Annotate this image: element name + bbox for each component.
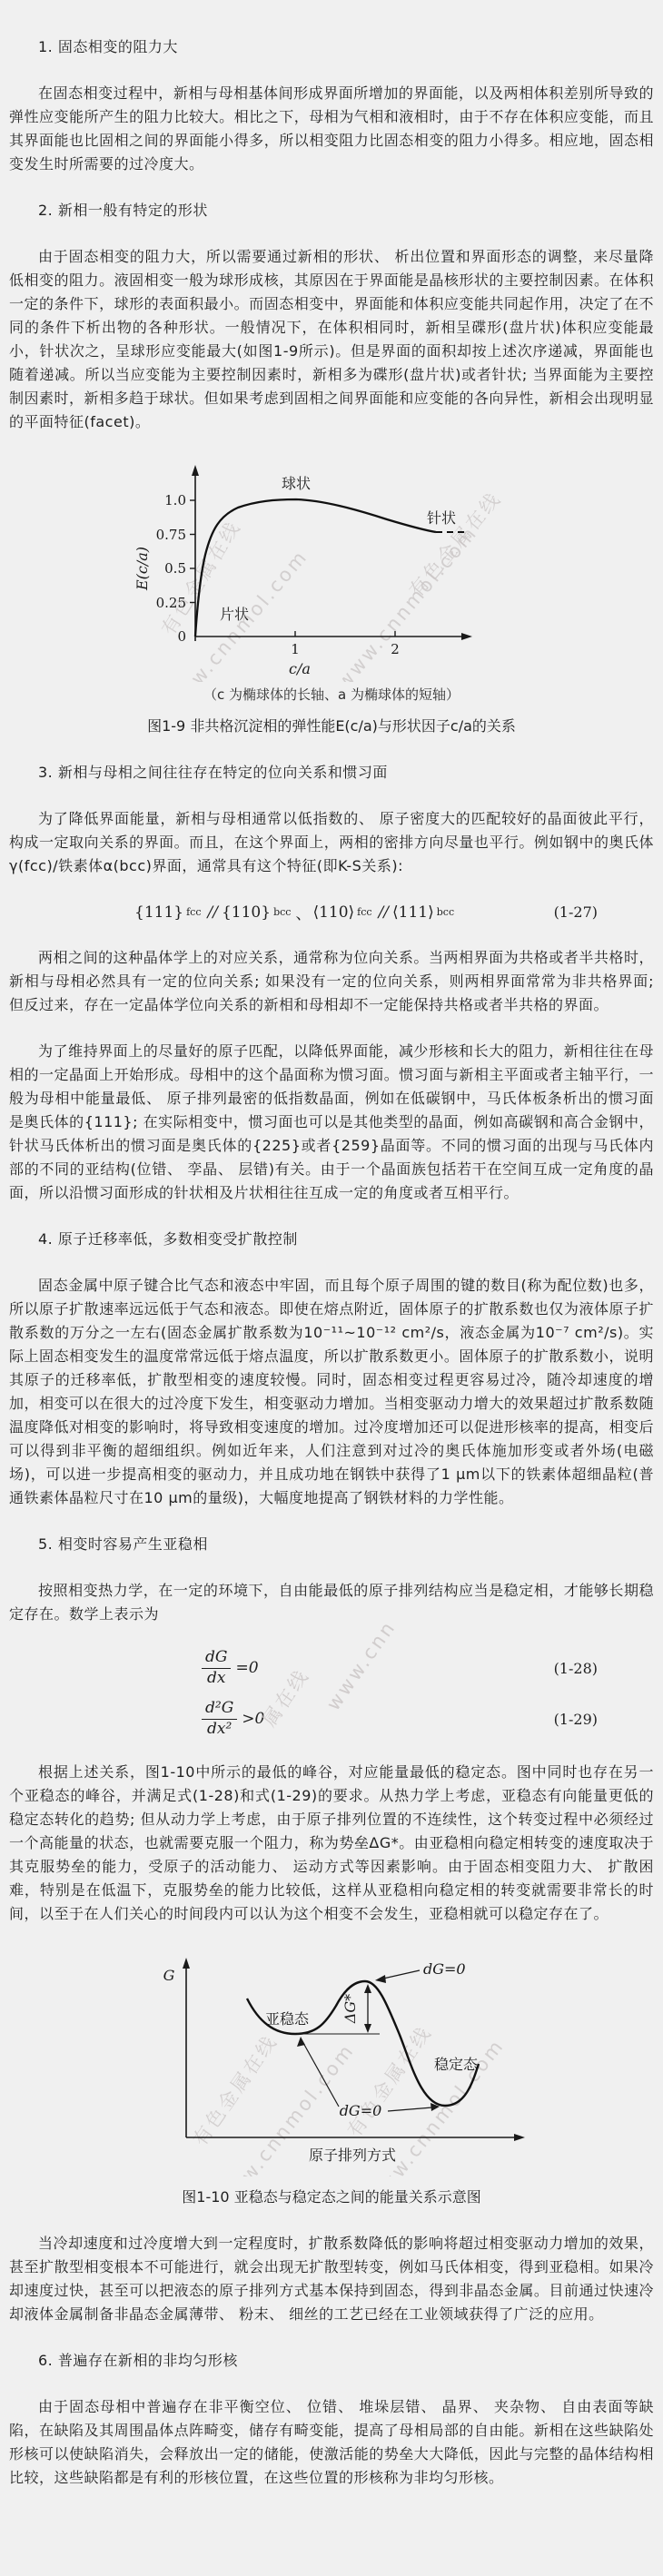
section-heading-6: 6. 普遍存在新相的非均匀形核 <box>9 2349 654 2373</box>
y-axis-label: G <box>163 1967 175 1984</box>
label-plate: 片状 <box>220 606 249 623</box>
y-tick-1.0: 1.0 <box>164 492 186 508</box>
document-page: 1. 固态相变的阻力大 在固态相变过程中，新相与母相基体间形成界面所增加的界面能… <box>0 0 663 2576</box>
paragraph-5: 按照相变热力学，在一定的环境下，自由能最低的原子排列结构应当是稳定相，才能够长期… <box>9 1579 654 1626</box>
y-tick-0.25: 0.25 <box>156 595 186 611</box>
direction-fcc: ⟨110⟩ <box>312 903 354 922</box>
x-axis-arrow <box>461 633 472 640</box>
y-tick-0: 0 <box>177 628 186 645</box>
section-heading-2: 2. 新相一般有特定的形状 <box>9 199 654 222</box>
figure-1-9-caption: 图1-9 非共格沉淀相的弹性能E(c/a)与形状因子c/a的关系 <box>9 715 654 738</box>
fraction-d2G-dx2: d²Gdx² <box>202 1700 237 1738</box>
parallel-op: // <box>208 903 218 922</box>
paragraph-3a: 为了降低界面能量，新相与母相通常以低指数的、 原子密度大的匹配较好的晶面彼此平行… <box>9 807 654 878</box>
watermark-text: 有色金属在线 <box>405 488 506 602</box>
paragraph-1: 在固态相变过程中，新相与母相基体间形成界面所增加的界面能，以及两相体积差别所导致… <box>9 82 654 176</box>
equation-1-27-formula: {111}fcc//{110}bcc、⟨110⟩fcc//⟨111⟩bcc <box>134 901 457 923</box>
label-dg-bottom: dG=0 <box>340 2102 382 2119</box>
section-heading-3: 3. 新相与母相之间往往存在特定的位向关系和惯习面 <box>9 761 654 785</box>
direction-bcc: ⟨111⟩ <box>392 903 434 922</box>
figure-1-9-note: （c 为椭球体的长轴、a 为椭球体的短轴） <box>9 684 654 706</box>
label-barrier: ΔG* <box>341 1994 359 2024</box>
free-energy-curve <box>247 1981 479 2106</box>
paragraph-2: 由于固态相变的阻力大，所以需要通过新相的形状、 析出位置和界面形态的调整，来尽量… <box>9 245 654 434</box>
equation-number-1-29: (1-29) <box>554 1711 598 1728</box>
label-stable: 稳定态 <box>434 2056 479 2073</box>
y-tick-0.5: 0.5 <box>164 560 186 577</box>
label-needle: 针状 <box>427 509 456 527</box>
plane-fcc: {111} <box>134 903 183 922</box>
paragraph-5c: 当冷却速度和过冷度增大到一定程度时，扩散系数降低的影响将超过相变驱动力增加的效果… <box>9 2232 654 2326</box>
equation-1-27: {111}fcc//{110}bcc、⟨110⟩fcc//⟨111⟩bcc (1… <box>9 901 654 923</box>
figure-1-10-caption: 图1-10 亚稳态与稳定态之间的能量关系示意图 <box>9 2186 654 2209</box>
paragraph-4: 固态金属中原子键合比气态和液态中牢固，而且每个原子周围的键的数目(称为配位数)也… <box>9 1274 654 1510</box>
x-axis-label: 原子排列方式 <box>309 2147 396 2164</box>
figure-1-10: 有色金属在线 www.cnnmol.com 有色金属在线 www.cnnmol.… <box>9 1951 654 2209</box>
x-tick-1: 1 <box>291 641 300 657</box>
equation-number-1-27: (1-27) <box>554 903 598 921</box>
x-axis-arrow <box>514 2134 525 2141</box>
equation-1-28: dGdx =0 (1-28) <box>9 1649 654 1687</box>
section-heading-1: 1. 固态相变的阻力大 <box>9 35 654 59</box>
section-heading-4: 4. 原子迁移率低，多数相变受扩散控制 <box>9 1228 654 1251</box>
paragraph-6: 由于固态母相中普遍存在非平衡空位、 位错、 堆垛层错、 晶界、 夹杂物、 自由表… <box>9 2395 654 2490</box>
equation-number-1-28: (1-28) <box>554 1660 598 1677</box>
section-heading-5: 5. 相变时容易产生亚稳相 <box>9 1533 654 1556</box>
plane-bcc: {110} <box>222 903 271 922</box>
figure-1-9-chart: 有色金属在线 www.cnnmol.com www.cnnmol.com 有色金… <box>118 459 545 682</box>
equation-1-29: d²Gdx² >0 (1-29) <box>9 1700 654 1738</box>
figure-1-9: 有色金属在线 www.cnnmol.com www.cnnmol.com 有色金… <box>9 459 654 738</box>
paragraph-5b: 根据上述关系，图1-10中所示的最低的峰谷，对应能量最低的稳定态。图中同时也存在… <box>9 1761 654 1926</box>
equations-1-28-1-29: 属在线 www.cnn dGdx =0 (1-28) d²Gdx² >0 (1-… <box>9 1649 654 1738</box>
y-axis-arrow <box>192 465 199 476</box>
label-dg-top: dG=0 <box>423 1960 466 1978</box>
figure-1-10-chart: 有色金属在线 www.cnnmol.com 有色金属在线 www.cnnmol.… <box>118 1951 545 2176</box>
parallel-op: // <box>379 903 389 922</box>
paragraph-3b: 两相之间的这种晶体学上的对应关系，通常称为位向关系。当两相界面为共格或者半共格时… <box>9 946 654 1017</box>
y-axis-label: E(c/a) <box>134 547 151 591</box>
label-metastable: 亚稳态 <box>265 2010 310 2028</box>
fraction-dG-dx: dGdx <box>202 1649 231 1687</box>
x-tick-2: 2 <box>391 641 400 657</box>
paragraph-3c: 为了维持界面上的尽量好的原子匹配，以降低界面能，减少形核和长大的阻力，新相往往在… <box>9 1040 654 1205</box>
y-tick-0.75: 0.75 <box>156 527 186 543</box>
label-sphere: 球状 <box>282 475 311 492</box>
x-axis-label: c/a <box>289 660 311 677</box>
y-axis-arrow <box>183 1958 190 1969</box>
